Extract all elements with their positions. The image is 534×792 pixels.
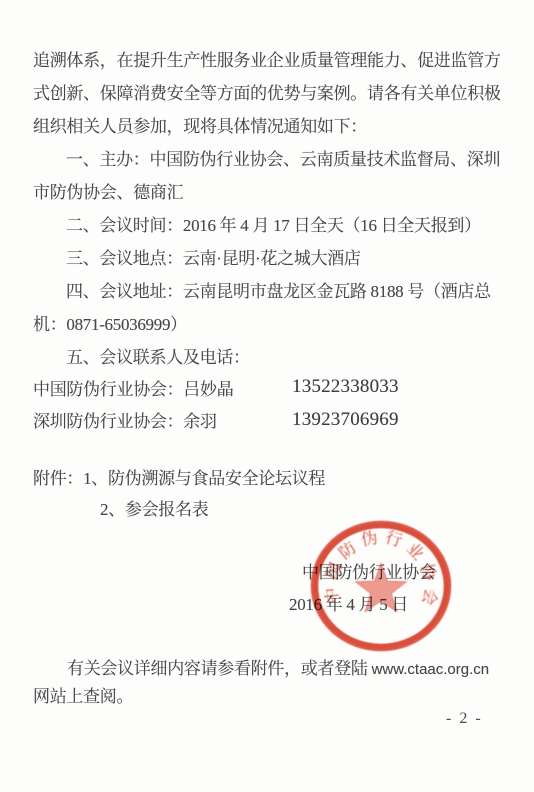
official-seal: 中国防伪行业协会	[288, 496, 478, 672]
seal-ring-halo	[312, 522, 450, 650]
footer-note-line-2: 网站上查阅。	[33, 688, 133, 705]
signature-date: 2016 年 4 月 5 日	[289, 596, 408, 613]
item-host-line-1: 一、主办：中国防伪行业协会、云南质量技术监督局、深圳	[66, 151, 500, 168]
contact-phone-1: 13522338033	[292, 377, 399, 396]
attachment-line-2: 2、参会报名表	[100, 501, 208, 518]
intro-line-2: 式创新、保障消费安全等方面的优势与案例。请各有关单位积极	[33, 85, 501, 102]
contact-phone-2: 13923706969	[292, 410, 399, 429]
intro-line-3: 组织相关人员参加，现将具体情况通知如下：	[33, 118, 367, 135]
document-page: 追溯体系，在提升生产性服务业企业质量管理能力、促进监管方 式创新、保障消费安全等…	[0, 0, 534, 792]
footer-website-url: www.ctaac.org.cn	[372, 661, 490, 678]
intro-line-1: 追溯体系，在提升生产性服务业企业质量管理能力、促进监管方	[33, 52, 501, 69]
attachment-line-1: 附件：1、防伪溯源与食品安全论坛议程	[33, 470, 325, 487]
page-number: - 2 -	[446, 711, 483, 727]
item-meeting-venue: 三、会议地点：云南·昆明·花之城大酒店	[66, 250, 361, 267]
item-meeting-address-line-2: 机：0871-65036999）	[33, 316, 187, 333]
contact-org-name-1: 中国防伪行业协会：吕妙晶	[33, 381, 233, 398]
seal-ring	[315, 525, 448, 648]
item-contacts-header: 五、会议联系人及电话：	[66, 349, 250, 366]
contact-org-name-2: 深圳防伪行业协会：余羽	[33, 413, 217, 430]
item-meeting-time: 二、会议时间：2016 年 4 月 17 日全天（16 日全天报到）	[66, 217, 481, 234]
footer-note-text: 有关会议详细内容请参看附件，或者登陆	[67, 659, 372, 678]
item-meeting-address-line-1: 四、会议地址：云南昆明市盘龙区金瓦路 8188 号（酒店总	[66, 283, 491, 300]
signature-organization: 中国防伪行业协会	[302, 564, 436, 581]
footer-note-line-1: 有关会议详细内容请参看附件，或者登陆 www.ctaac.org.cn	[67, 660, 489, 678]
item-host-line-2: 市防伪协会、德商汇	[33, 184, 183, 201]
